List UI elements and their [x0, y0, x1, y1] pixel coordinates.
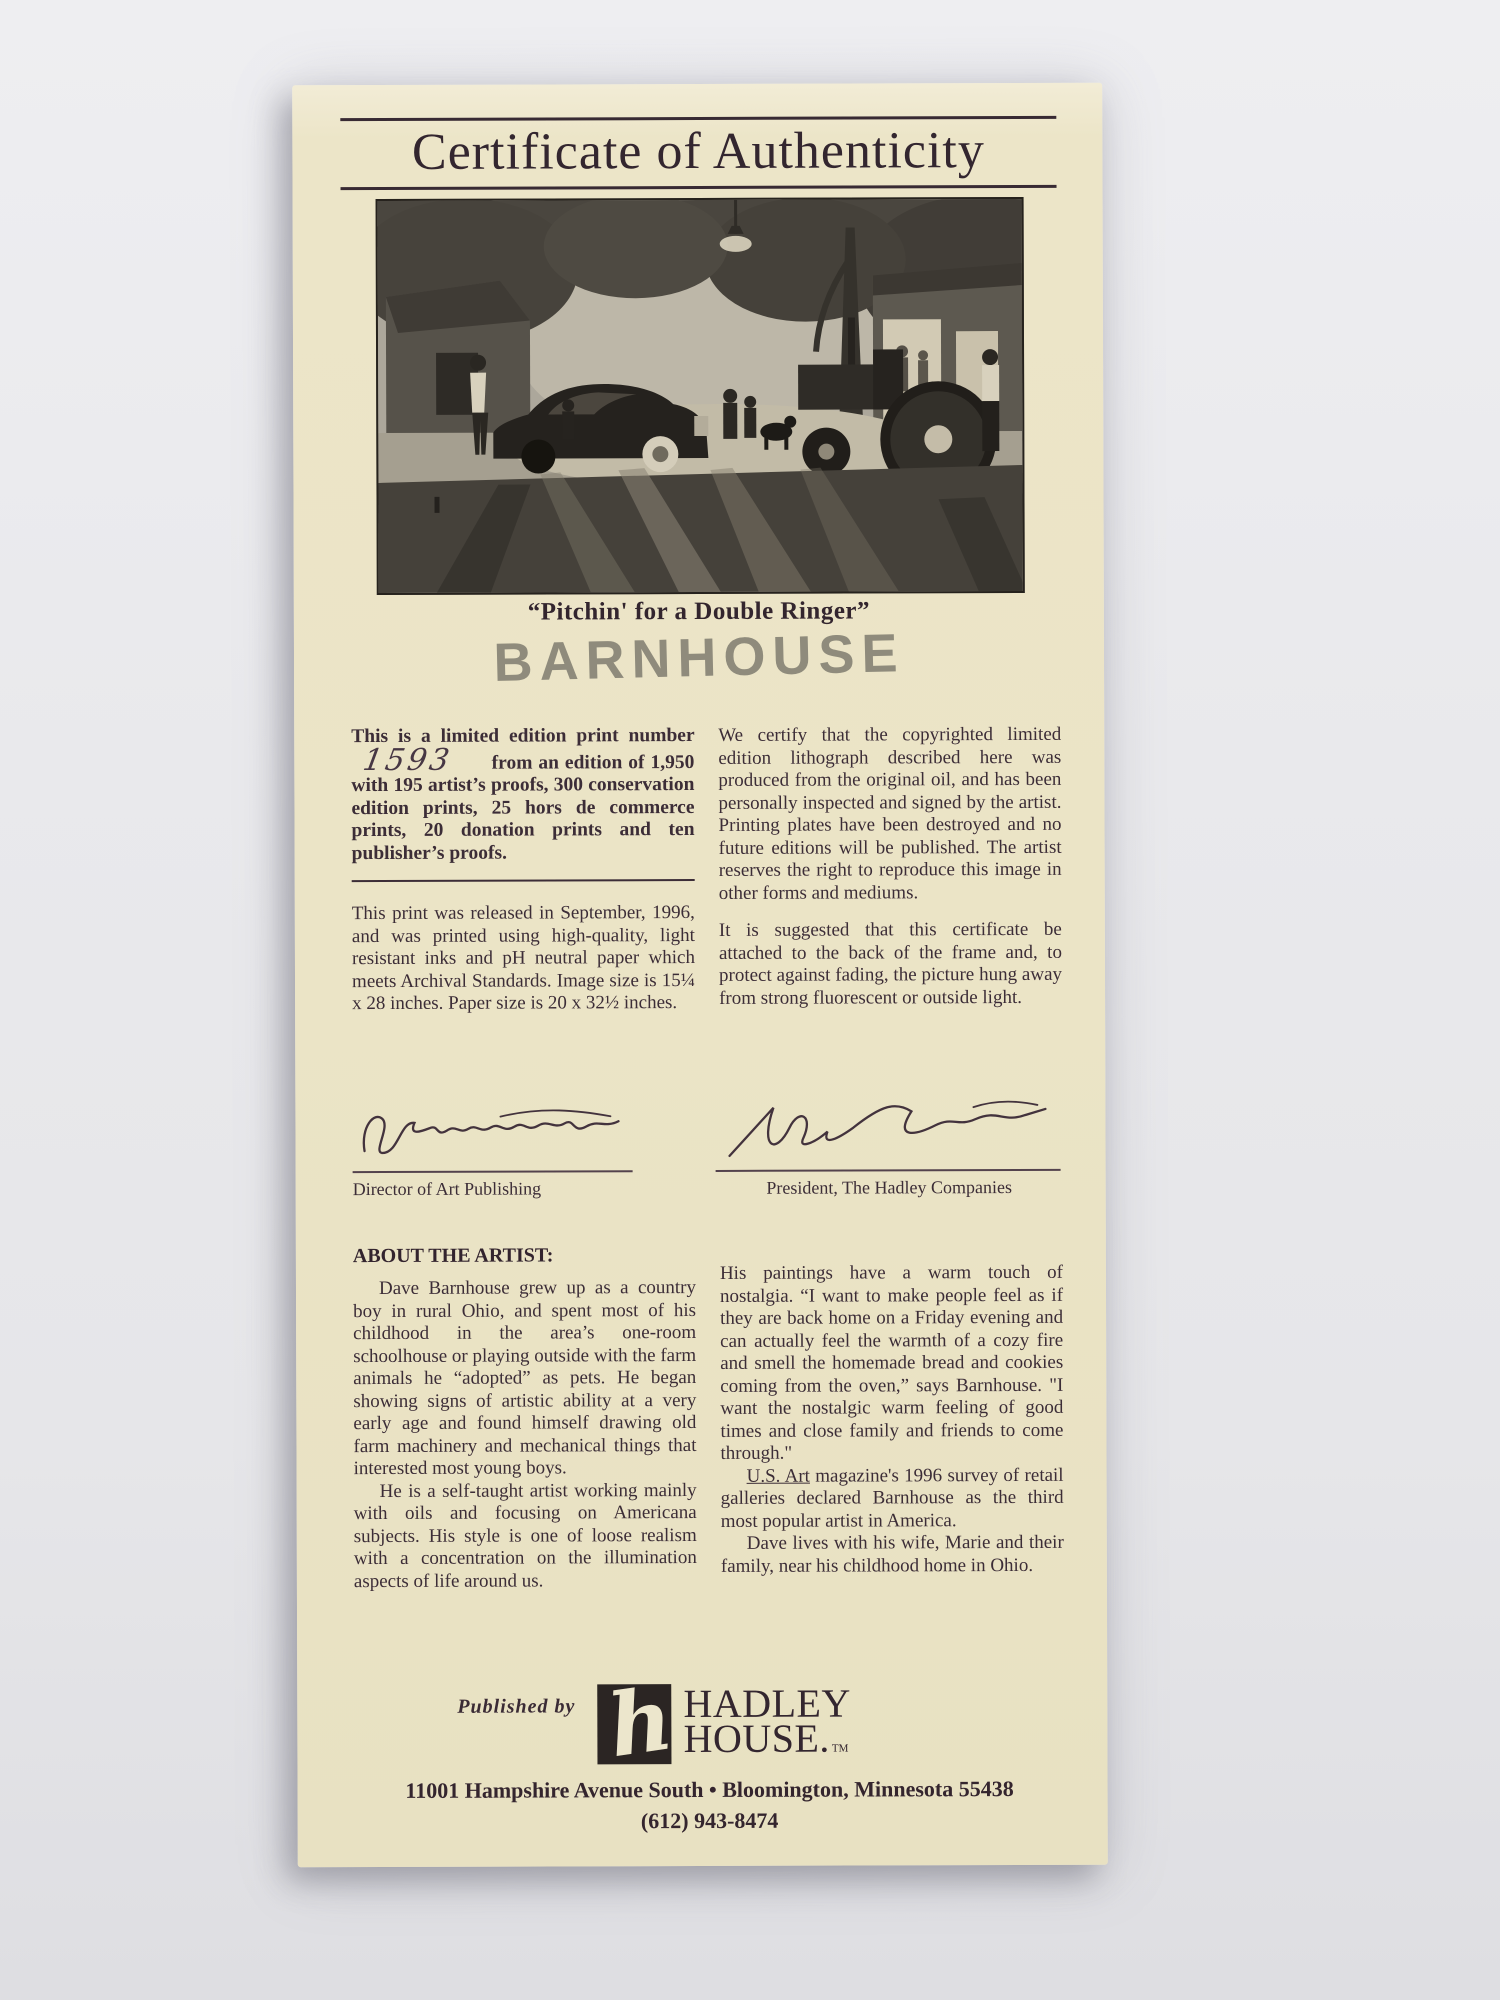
trademark-symbol: TM: [832, 1743, 849, 1755]
about-right-para3: Dave lives with his wife, Marie and thei…: [721, 1532, 1064, 1578]
signature-line: [353, 1170, 633, 1173]
about-the-artist-section: ABOUT THE ARTIST: Dave Barnhouse grew up…: [353, 1241, 1064, 1593]
director-signature-scribble: [352, 1092, 632, 1171]
hadley-house-logo-letter: h: [602, 1684, 672, 1764]
certification-para2: It is suggested that this certificate be…: [719, 919, 1062, 1010]
about-left-para2: He is a self-taught artist working mainl…: [354, 1480, 697, 1594]
certification-para1: We certify that the copyrighted limited …: [718, 724, 1062, 905]
hadley-house-logo: h: [597, 1684, 671, 1764]
signature-block-director: Director of Art Publishing: [352, 1092, 652, 1200]
certificate-title: Certificate of Authenticity: [340, 119, 1056, 185]
published-by-label: Published by: [457, 1694, 575, 1718]
about-left-para1: Dave Barnhouse grew up as a country boy …: [353, 1277, 697, 1481]
signature-title-director: Director of Art Publishing: [353, 1177, 653, 1200]
signature-title-president: President, The Hadley Companies: [716, 1176, 1063, 1199]
edition-certification-columns: This is a limited edition print number 1…: [351, 724, 1062, 1016]
column-divider-line: [352, 879, 695, 882]
edition-statement: This is a limited edition print number 1…: [351, 725, 694, 865]
artist-signature-barnhouse: BARNHOUSE: [293, 617, 1104, 698]
print-number-handwritten: 1593: [361, 749, 453, 771]
publisher-block: Published by h HADLEY HOUSE.TM: [457, 1684, 851, 1768]
about-right-para2: U.S. Art magazine's 1996 survey of retai…: [721, 1464, 1064, 1533]
us-art-magazine-reference: U.S. Art: [747, 1465, 810, 1486]
hadley-house-wordmark: HADLEY HOUSE.TM: [683, 1686, 851, 1768]
signature-line: [716, 1169, 1061, 1172]
publisher-address: 11001 Hampshire Avenue South • Bloomingt…: [355, 1776, 1065, 1804]
about-right-para1: His paintings have a warm touch of nosta…: [720, 1262, 1064, 1466]
about-right-column: His paintings have a warm touch of nosta…: [720, 1241, 1064, 1592]
certification-column: We certify that the copyrighted limited …: [718, 724, 1062, 1015]
edition-column: This is a limited edition print number 1…: [351, 725, 695, 1016]
release-info: This print was released in September, 19…: [352, 902, 695, 1016]
publisher-phone: (612) 943-8474: [355, 1807, 1065, 1835]
about-left-column: ABOUT THE ARTIST: Dave Barnhouse grew up…: [353, 1242, 697, 1593]
president-signature-scribble: [715, 1091, 1060, 1170]
hadley-wordmark-line2: HOUSE.TM: [683, 1721, 851, 1768]
certificate-document: Certificate of Authenticity: [292, 83, 1108, 1868]
signature-block-president: President, The Hadley Companies: [715, 1091, 1062, 1199]
farm-scene-painting: [378, 199, 1023, 593]
about-heading: ABOUT THE ARTIST:: [353, 1242, 696, 1269]
title-rule-bottom: [341, 185, 1057, 190]
photo-background: Certificate of Authenticity: [0, 0, 1500, 2000]
artwork-image: [376, 197, 1025, 595]
